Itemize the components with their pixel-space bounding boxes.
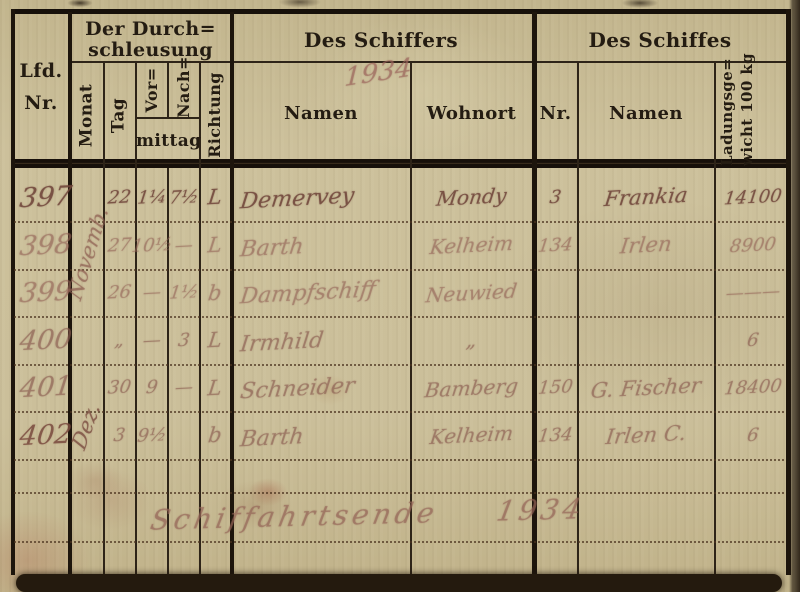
cell-wohnort: Mondy <box>409 170 535 224</box>
cell-richtung: b <box>197 410 233 460</box>
cell-tag: 26 <box>101 268 138 317</box>
cell-richtung: L <box>197 172 233 222</box>
cell-richtung: L <box>197 220 233 270</box>
cell-wohnort: Bamberg <box>409 361 535 414</box>
cell-ladungsgewicht: 6 <box>713 314 794 366</box>
col-header-tag: Tag <box>104 63 135 169</box>
scanned-ledger-page: Lfd. Nr. Der Durch= schleusung Monat Tag… <box>0 0 800 592</box>
cell-schiff-name: Irlen <box>576 218 717 273</box>
table-row: 402 3 9½ b Barth Kelheim 134 Irlen C. 6 <box>0 411 800 459</box>
cell-lfd-nr: 400 <box>13 315 75 366</box>
cell-richtung: b <box>197 268 233 317</box>
col-header-ladung-line2: wicht 100 kg <box>738 53 756 166</box>
col-header-vormittag: Vor= <box>136 62 168 118</box>
table-row: 400 „ — 3 L Irmhild „ 6 <box>0 316 800 364</box>
cell-lfd-nr: 398 <box>13 220 75 271</box>
cell-lfd-nr: 399 <box>13 268 75 318</box>
cell-schiff-name: Irlen C. <box>576 408 717 463</box>
cell-lfd-nr: 402 <box>13 410 75 461</box>
cell-wohnort: „ <box>409 313 535 367</box>
cell-schiff-name: G. Fischer <box>576 361 717 415</box>
cell-schiff-name <box>576 313 717 368</box>
cell-tag: 22 <box>101 172 138 222</box>
row-separator <box>14 459 784 461</box>
row-separator <box>14 492 784 494</box>
cell-ladungsgewicht: 6 <box>713 409 794 461</box>
cell-wohnort: Kelheim <box>409 408 535 462</box>
cell-schiff-name: Frankia <box>576 170 717 225</box>
cell-schiff-nr <box>531 315 580 365</box>
cell-wohnort: Kelheim <box>409 218 535 272</box>
group-header-des-schiffes: Des Schiffes <box>535 28 785 52</box>
cell-schiff-name <box>576 266 717 320</box>
table-row: 398 27 10½ — L Barth Kelheim 134 Irlen 8… <box>0 221 800 269</box>
group-header-des-schiffers: Des Schiffers <box>231 28 531 52</box>
cell-wohnort: Neuwied <box>409 266 535 319</box>
col-header-schiff-nr: Nr. <box>534 103 577 124</box>
cell-ladungsgewicht: 14100 <box>713 171 794 223</box>
cell-schiff-nr: 150 <box>531 363 580 412</box>
cell-schiff-nr <box>531 268 580 317</box>
cell-richtung: L <box>197 363 233 412</box>
cell-ladungsgewicht: 8900 <box>713 219 794 271</box>
col-header-mittag: mittag <box>136 131 200 151</box>
scan-bottom-shadow <box>16 574 782 592</box>
col-header-lfd-line1: Lfd. <box>14 60 68 82</box>
row-separator <box>14 541 784 543</box>
cell-tag: 3 <box>101 410 138 460</box>
handwritten-year: 1934 <box>344 53 413 93</box>
cell-richtung: L <box>197 315 233 365</box>
group-header-durchschleusung-line2: schleusung <box>72 39 229 61</box>
col-header-wohnort: Wohnort <box>412 103 531 124</box>
group-header-durchschleusung-line1: Der Durch= <box>72 18 229 40</box>
cell-schiffer-name: Barth <box>229 406 420 464</box>
col-header-schiff-namen: Namen <box>579 103 713 124</box>
cell-lfd-nr: 401 <box>13 363 75 413</box>
col-header-monat: Monat <box>72 63 103 169</box>
table-top-border <box>11 9 791 14</box>
col-header-lfd-line2: Nr. <box>14 92 68 114</box>
table-row: 397 22 1¼ 7½ L Demervey Mondy 3 Frankia … <box>0 173 800 221</box>
cell-schiff-nr: 134 <box>531 410 580 460</box>
col-header-richtung: Richtung <box>200 62 230 168</box>
cell-ladungsgewicht: 18400 <box>713 362 793 413</box>
table-row: 399 26 — 1½ b Dampfschiff Neuwied ——— <box>0 269 800 316</box>
cell-tag: 30 <box>101 363 138 412</box>
col-header-ladungsgewicht: Ladungsge= wicht 100 kg <box>717 60 783 166</box>
cell-schiff-nr: 3 <box>531 172 580 222</box>
cell-tag: „ <box>101 315 138 365</box>
cell-ladungsgewicht: ——— <box>713 267 793 318</box>
table-row: 401 30 9 — L Schneider Bamberg 150 G. Fi… <box>0 364 800 411</box>
col-header-nachmittag: Nach= <box>168 62 200 118</box>
cell-lfd-nr: 397 <box>13 172 75 223</box>
col-header-ladung-line1: Ladungsge= <box>718 58 736 166</box>
handwritten-footer-note: Schiffahrtsende 1934 <box>148 492 588 536</box>
cell-schiff-nr: 134 <box>531 220 580 270</box>
col-header-schiffer-namen: Namen <box>233 103 409 124</box>
